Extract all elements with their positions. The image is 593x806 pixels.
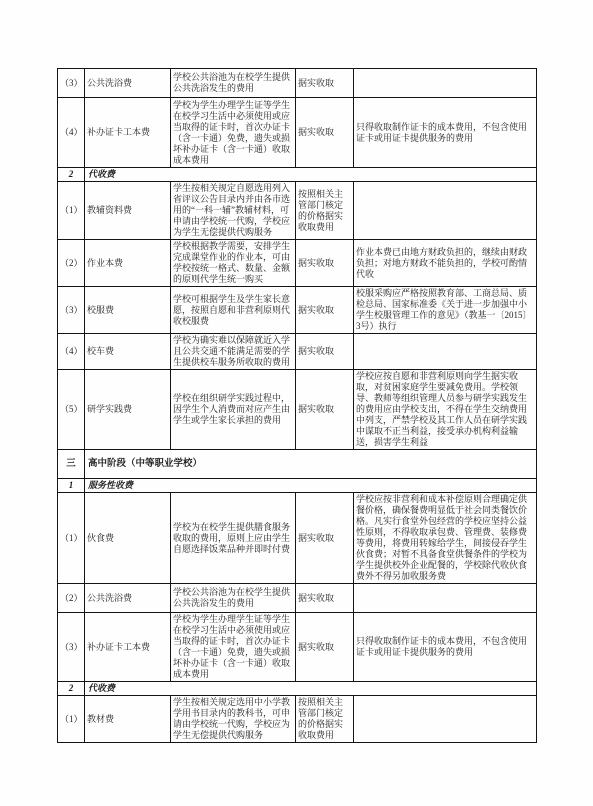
- section-title: 服务性收费: [85, 479, 537, 493]
- row-number: （4）: [58, 334, 85, 370]
- row-number: （1）: [58, 493, 85, 584]
- table-row: （5） 研学实践费 学校在组织研学实践过程中，因学生个人消费而对应产生由学生或学…: [58, 370, 537, 450]
- fee-basis: 据实收取: [296, 493, 354, 584]
- table-row: （3） 校服费 学校可根据学生及学生家长意愿，按照自愿和非营利原则代收校服费 据…: [58, 287, 537, 334]
- row-number: （1）: [58, 182, 85, 240]
- section-number: 三: [58, 450, 85, 479]
- fee-description: 学校为学生办理学生证等学生在校学习生活中必须使用或应当取得的证卡时，首次办证卡（…: [171, 613, 296, 682]
- fee-description: 学校公共浴池为在校学生提供公共洗浴发生的费用: [171, 584, 296, 613]
- table-row: （3） 公共洗浴费 学校公共浴池为在校学生提供公共洗浴发生的费用 据实收取: [58, 69, 537, 98]
- fee-description: 学校根据教学需要，安排学生完成课堂作业的作业本，可由学校按统一格式、数量、金额的…: [171, 240, 296, 287]
- fee-notes: [354, 334, 537, 370]
- fee-name: 教材费: [85, 696, 171, 743]
- fee-basis: 据实收取: [296, 584, 354, 613]
- fee-description: 学校为学生办理学生证等学生在校学习生活中必须使用或应当取得的证卡时，首次办证卡（…: [171, 98, 296, 168]
- table-row: （3） 补办证卡工本费 学校为学生办理学生证等学生在校学习生活中必须使用或应当取…: [58, 613, 537, 682]
- fee-basis: 据实收取: [296, 98, 354, 168]
- fee-notes: 学校应按非营利和成本补偿原则合理确定供餐价格，确保餐费明显低于社会同类餐饮价格。…: [354, 493, 537, 584]
- fee-description: 学校公共浴池为在校学生提供公共洗浴发生的费用: [171, 69, 296, 98]
- section-title: 代收费: [85, 168, 537, 182]
- section-title: 高中阶段（中等职业学校）: [85, 450, 537, 479]
- fee-description: 学校在组织研学实践过程中，因学生个人消费而对应产生由学生或学生家长承担的费用: [171, 370, 296, 450]
- fee-basis: 按照相关主管部门核定的价格据实收取费用: [296, 696, 354, 743]
- section-number: 1: [58, 479, 85, 493]
- table-row: （4） 补办证卡工本费 学校为学生办理学生证等学生在校学习生活中必须使用或应当取…: [58, 98, 537, 168]
- fee-basis: 据实收取: [296, 370, 354, 450]
- fee-notes: [354, 696, 537, 743]
- scanned-page: （3） 公共洗浴费 学校公共浴池为在校学生提供公共洗浴发生的费用 据实收取 （4…: [0, 0, 593, 806]
- fee-basis: 按照相关主管部门核定的价格据实收取费用: [296, 182, 354, 240]
- row-number: （3）: [58, 287, 85, 334]
- table-row: （1） 教辅资料费 学生按相关规定自愿选用列入省评议公告目录内并由各市选用的“一…: [58, 182, 537, 240]
- fee-notes: 作业本费已由地方财政负担的，继续由财政负担；对地方财政不能负担的，学校可酌情代收: [354, 240, 537, 287]
- fee-name: 公共洗浴费: [85, 584, 171, 613]
- fee-basis: 据实收取: [296, 240, 354, 287]
- section-number: 2: [58, 682, 85, 696]
- fee-basis: 据实收取: [296, 287, 354, 334]
- section-title: 代收费: [85, 682, 537, 696]
- fee-notes: [354, 182, 537, 240]
- fee-table: （3） 公共洗浴费 学校公共浴池为在校学生提供公共洗浴发生的费用 据实收取 （4…: [57, 68, 537, 743]
- fee-basis: 据实收取: [296, 613, 354, 682]
- section-major-row: 三 高中阶段（中等职业学校）: [58, 450, 537, 479]
- fee-description: 学校为在校学生提供膳食服务收取的费用，原则上应由学生自愿选择饭菜品种并即时付费: [171, 493, 296, 584]
- row-number: （3）: [58, 613, 85, 682]
- table-row: （2） 作业本费 学校根据教学需要，安排学生完成课堂作业的作业本，可由学校按统一…: [58, 240, 537, 287]
- fee-notes: 学校应按自愿和非营利原则向学生据实收取，对贫困家庭学生要减免费用。学校领导、教师…: [354, 370, 537, 450]
- table-row: （1） 伙食费 学校为在校学生提供膳食服务收取的费用，原则上应由学生自愿选择饭菜…: [58, 493, 537, 584]
- fee-notes: 只得收取制作证卡的成本费用，不包含使用证卡或用证卡提供服务的费用: [354, 613, 537, 682]
- fee-basis: 据实收取: [296, 69, 354, 98]
- fee-notes: [354, 69, 537, 98]
- fee-name: 教辅资料费: [85, 182, 171, 240]
- table-row: （2） 公共洗浴费 学校公共浴池为在校学生提供公共洗浴发生的费用 据实收取: [58, 584, 537, 613]
- fee-notes: [354, 584, 537, 613]
- fee-description: 学生按相关规定选用中小学教学用书目录内的教科书，可申请由学校统一代购，学校应为学…: [171, 696, 296, 743]
- section-number: 2: [58, 168, 85, 182]
- fee-basis: 据实收取: [296, 334, 354, 370]
- table-row: （4） 校车费 学校为确实难以保障就近入学且公共交通不能满足需要的学生提供校车服…: [58, 334, 537, 370]
- fee-notes: 校服采购应严格按照教育部、工商总局、质检总局、国家标准委《关于进一步加强中小学生…: [354, 287, 537, 334]
- fee-name: 校车费: [85, 334, 171, 370]
- fee-name: 补办证卡工本费: [85, 613, 171, 682]
- fee-name: 研学实践费: [85, 370, 171, 450]
- section-row: 2 代收费: [58, 682, 537, 696]
- row-number: （4）: [58, 98, 85, 168]
- row-number: （2）: [58, 240, 85, 287]
- table-row: （1） 教材费 学生按相关规定选用中小学教学用书目录内的教科书，可申请由学校统一…: [58, 696, 537, 743]
- fee-name: 公共洗浴费: [85, 69, 171, 98]
- fee-name: 补办证卡工本费: [85, 98, 171, 168]
- section-row: 2 代收费: [58, 168, 537, 182]
- fee-notes: 只得收取制作证卡的成本费用，不包含使用证卡或用证卡提供服务的费用: [354, 98, 537, 168]
- fee-name: 作业本费: [85, 240, 171, 287]
- fee-description: 学校可根据学生及学生家长意愿，按照自愿和非营利原则代收校服费: [171, 287, 296, 334]
- fee-name: 校服费: [85, 287, 171, 334]
- fee-name: 伙食费: [85, 493, 171, 584]
- row-number: （2）: [58, 584, 85, 613]
- row-number: （3）: [58, 69, 85, 98]
- row-number: （1）: [58, 696, 85, 743]
- fee-description: 学校为确实难以保障就近入学且公共交通不能满足需要的学生提供校车服务所收取的费用: [171, 334, 296, 370]
- row-number: （5）: [58, 370, 85, 450]
- fee-description: 学生按相关规定自愿选用列入省评议公告目录内并由各市选用的“一科一辅”教辅材料，可…: [171, 182, 296, 240]
- section-row: 1 服务性收费: [58, 479, 537, 493]
